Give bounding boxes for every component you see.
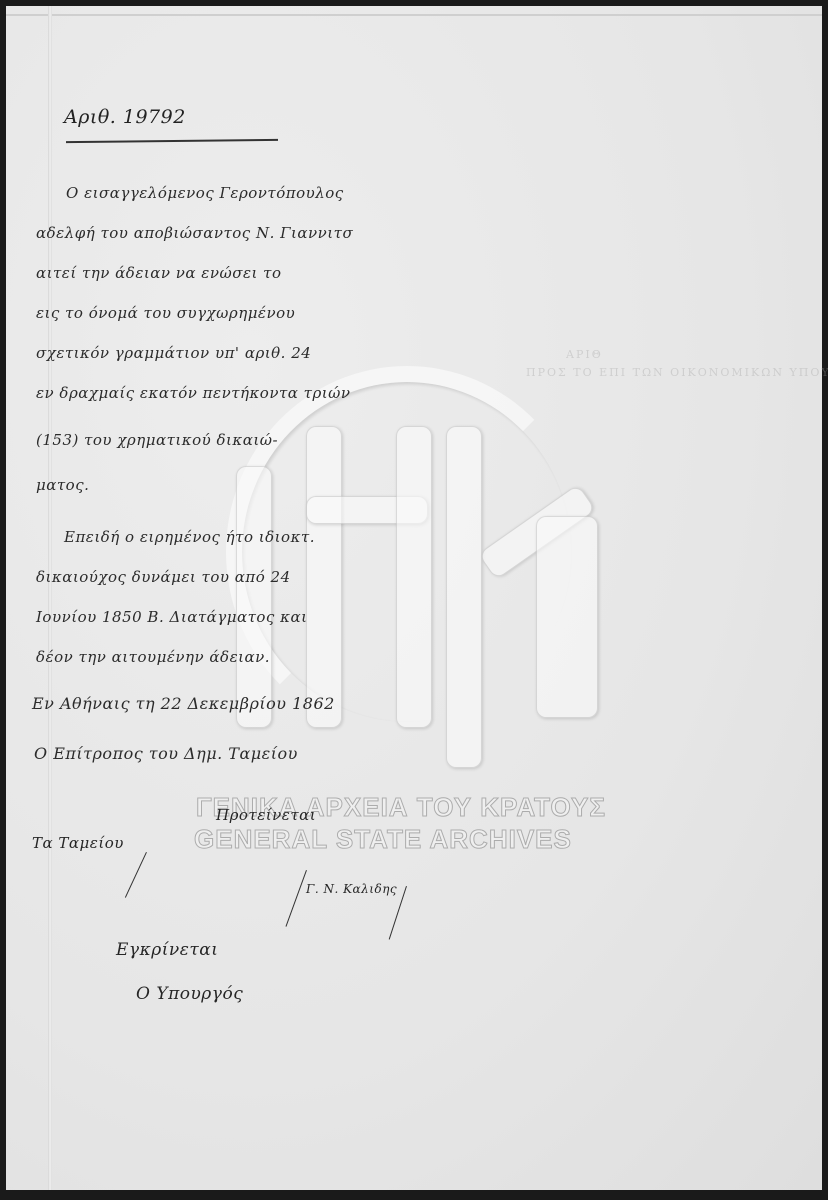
signature-name: Γ. Ν. Καλιδης <box>306 882 397 896</box>
bleed-through-text: ΠΡΟΣ ΤΟ ΕΠΙ ΤΩΝ ΟΙΚΟΝΟΜΙΚΩΝ ΥΠΟΥΡΓΕΙΟΝ <box>526 366 828 379</box>
document-page: ΑΡΙΘ ΠΡΟΣ ΤΟ ΕΠΙ ΤΩΝ ΟΙΚΟΝΟΜΙΚΩΝ ΥΠΟΥΡΓΕ… <box>6 6 822 1190</box>
page-top-edge <box>6 14 822 16</box>
monogram-arc <box>226 366 588 738</box>
monogram-stroke <box>536 516 598 718</box>
archive-watermark-english: GENERAL STATE ARCHIVES <box>194 824 572 855</box>
body-line: εις το όνομά του συγχωρημένου <box>36 304 295 322</box>
body-line: Επειδή ο ειρημένος ήτο ιδιοκτ. <box>64 528 315 546</box>
binding-fold <box>48 6 52 1190</box>
body-line: Ιουνίου 1850 Β. Διατάγματος και <box>36 608 307 626</box>
signature-proposed: Προτείνεται <box>216 806 316 824</box>
body-line: σχετικόν γραμμάτιον υπ' αριθ. 24 <box>36 344 311 362</box>
body-line: δικαιούχος δυνάμει του από 24 <box>36 568 291 586</box>
body-line: εν δραχμαίς εκατόν πεντήκοντα τριών <box>36 384 351 402</box>
approval-label: Εγκρίνεται <box>116 940 218 960</box>
signature-treasury: Τα Ταμείου <box>32 834 124 852</box>
signature-flourish <box>285 870 306 927</box>
body-line: (153) του χρηματικού δικαιώ- <box>36 431 278 449</box>
monogram-stroke <box>478 484 596 580</box>
monogram-stroke <box>236 466 272 728</box>
body-line: Ο εισαγγελόμενος Γεροντόπουλος <box>66 184 344 202</box>
body-line: αιτεί την άδειαν να ενώσει το <box>36 264 281 282</box>
closing-line: Ο Επίτροπος του Δημ. Ταμείου <box>34 744 298 763</box>
signature-flourish <box>125 852 147 898</box>
body-line: δέον την αιτουμένην άδειαν. <box>36 648 270 666</box>
monogram-stroke <box>446 426 482 768</box>
bleed-through-text: ΑΡΙΘ <box>566 348 603 361</box>
reference-underline <box>66 139 278 143</box>
monogram-stroke <box>396 426 432 728</box>
date-line: Εν Αθήναις τη 22 Δεκεμβρίου 1862 <box>32 694 335 713</box>
minister-label: Ο Υπουργός <box>136 984 243 1004</box>
reference-number: Αριθ. 19792 <box>64 106 186 128</box>
monogram-stroke <box>306 496 428 524</box>
body-line: αδελφή του αποβιώσαντος Ν. Γιαννιτσ <box>36 224 353 242</box>
body-line: ματος. <box>36 476 89 494</box>
monogram-stroke <box>306 426 342 728</box>
